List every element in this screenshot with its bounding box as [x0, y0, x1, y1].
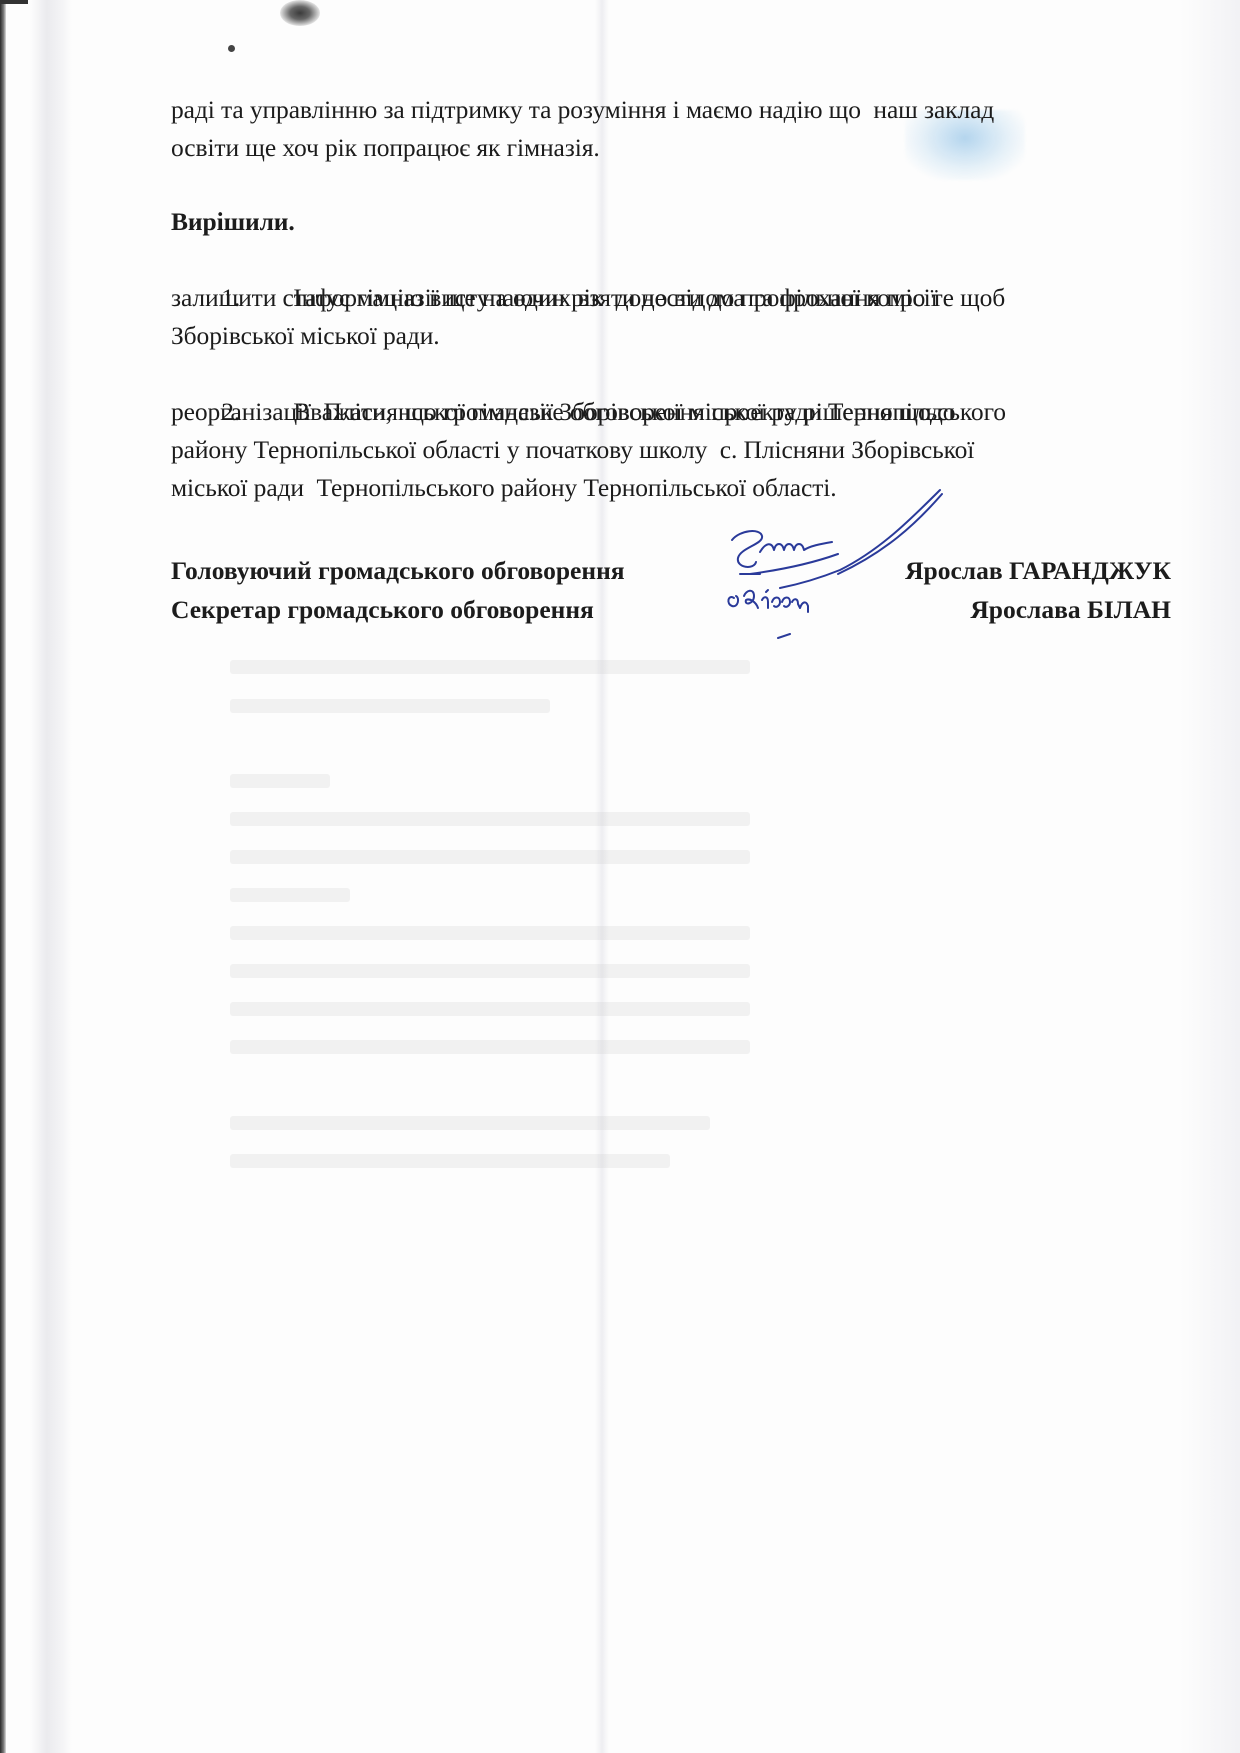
signer-name: Ярослава БІЛАН [970, 591, 1171, 629]
ink-blot [280, 0, 320, 26]
scan-edge-shadow [0, 0, 6, 1753]
signer-role: Головуючий громадського обговорення [171, 552, 625, 590]
decision-item-2: 2.Вважати, що громадське обговорення про… [171, 355, 1181, 507]
signer-role: Секретар громадського обговорення [171, 591, 594, 629]
decision-heading: Вирішили. [171, 203, 1181, 241]
scan-right-band [1180, 0, 1240, 1753]
hole-punch-dot [228, 45, 235, 52]
decision-text-line: Зборівської міської ради. [171, 317, 1181, 355]
scan-gray-band [30, 0, 72, 1753]
signature-row-chair: Головуючий громадського обговорення Ярос… [171, 552, 1171, 590]
decision-item-1: 1.Інформацію виступаючих взяти до відома… [171, 241, 1181, 355]
decision-text-line: залишити статус гімназії ще на один рік … [171, 279, 1181, 317]
decision-text-line: реорганізації Пліснянської гімназії Збор… [171, 393, 1181, 431]
signer-name: Ярослав ГАРАНДЖУК [905, 552, 1171, 590]
signature-row-secretary: Секретар громадського обговорення Яросла… [171, 591, 1171, 629]
decisions-section: Вирішили. 1.Інформацію виступаючих взяти… [171, 203, 1181, 507]
intro-line-1: раді та управлінню за підтримку та розум… [171, 91, 1181, 129]
scan-corner-shadow [0, 0, 28, 4]
intro-line-2: освіти ще хоч рік попрацює як гімназія. [171, 129, 1181, 167]
intro-paragraph: раді та управлінню за підтримку та розум… [171, 91, 1181, 167]
decision-text-line: району Тернопільської області у початков… [171, 431, 1181, 469]
decision-text-line: міської ради Тернопільського району Терн… [171, 469, 1181, 507]
scanned-page: раді та управлінню за підтримку та розум… [0, 0, 1240, 1753]
